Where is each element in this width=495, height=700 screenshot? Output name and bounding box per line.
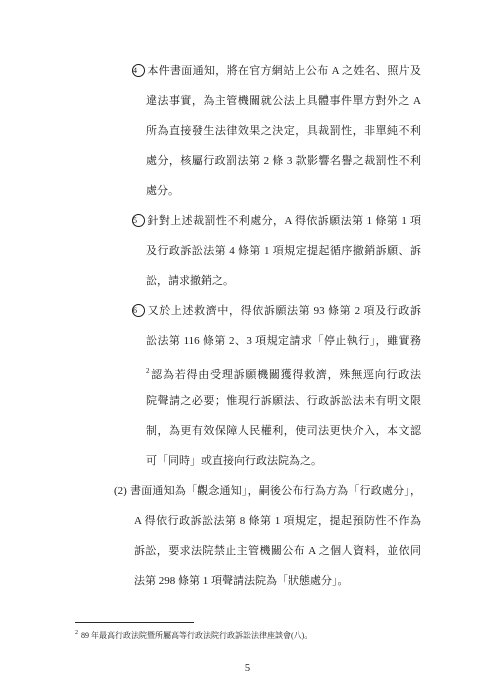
body-line-text: 針對上述裁罰性不利處分，A 得依訴願法第 1 條第 1 項 bbox=[147, 215, 421, 227]
body-line: 及行政訴訟法第 4 條第 1 項規定提起循序撤銷訴願、訴 bbox=[0, 236, 421, 266]
body-line-text: 及行政訴訟法第 4 條第 1 項規定提起循序撤銷訴願、訴 bbox=[146, 245, 421, 257]
body-line-text: 書面通知為「觀念通知」，嗣後公布行為方為「行政處分」， bbox=[130, 485, 421, 497]
document-page: 4本件書面通知，將在官方網站上公布 A 之姓名、照片及違法事實，為主管機關就公法… bbox=[0, 0, 495, 700]
body-line-text: 院聲請之必要；惟現行訴願法、行政訴訟法未有明文限 bbox=[146, 395, 421, 407]
footnote-separator bbox=[75, 622, 194, 623]
footnote-reference: 2 bbox=[146, 367, 150, 375]
body-line: 制，為更有效保障人民權利，使司法更快介入，本文認 bbox=[0, 416, 421, 446]
body-line: 違法事實，為主管機關就公法上具體事件單方對外之 A bbox=[0, 86, 421, 116]
body-line-text: 制，為更有效保障人民權利，使司法更快介入，本文認 bbox=[146, 425, 421, 437]
body-line-text: 可「同時」或直接向行政法院為之。 bbox=[146, 455, 322, 467]
body-line-text: 認為若得由受理訴願機關獲得救濟，殊無逕向行政法 bbox=[151, 369, 422, 381]
circled-number-marker: 4 bbox=[132, 64, 145, 77]
document-body: 4本件書面通知，將在官方網站上公布 A 之姓名、照片及違法事實，為主管機關就公法… bbox=[0, 56, 495, 596]
body-line: 訟法第 116 條第 2、3 項規定請求「停止執行」，雖實務 bbox=[0, 326, 421, 356]
footnote-number: 2 bbox=[75, 630, 78, 636]
body-line-text: 訴訟，要求法院禁止主管機關公布 A 之個人資料，並依同 bbox=[134, 545, 421, 557]
footnote-text: 89 年最高行政法院暨所屬高等行政法院行政訴訟法律座談會(八)。 bbox=[81, 631, 312, 640]
body-line-text: 訟法第 116 條第 2、3 項規定請求「停止執行」，雖實務 bbox=[146, 335, 421, 347]
body-line: 4本件書面通知，將在官方網站上公布 A 之姓名、照片及 bbox=[0, 56, 421, 86]
body-line-text: 本件書面通知，將在官方網站上公布 A 之姓名、照片及 bbox=[147, 65, 421, 77]
body-line-text: 訟，請求撤銷之。 bbox=[146, 275, 234, 287]
body-line-text: A 得依行政訴訟法第 8 條第 1 項規定，提起預防性不作為 bbox=[134, 515, 421, 527]
body-line-text: 處分，核屬行政罰法第 2 條 3 款影響名譽之裁罰性不利 bbox=[146, 155, 421, 167]
circled-number-marker: 5 bbox=[132, 214, 145, 227]
body-line: 2認為若得由受理訴願機關獲得救濟，殊無逕向行政法 bbox=[0, 356, 421, 386]
body-line-text: 又於上述救濟中，得依訴願法第 93 條第 2 項及行政訴 bbox=[147, 305, 421, 317]
body-line: 所為直接發生法律效果之決定，具裁罰性，非單純不利 bbox=[0, 116, 421, 146]
body-line: 處分。 bbox=[0, 176, 421, 206]
body-line: 訴訟，要求法院禁止主管機關公布 A 之個人資料，並依同 bbox=[0, 536, 421, 566]
body-line: 6又於上述救濟中，得依訴願法第 93 條第 2 項及行政訴 bbox=[0, 296, 421, 326]
body-line-text: 處分。 bbox=[146, 185, 179, 197]
list-item-marker: (2) bbox=[114, 485, 127, 497]
body-line-text: 所為直接發生法律效果之決定，具裁罰性，非單純不利 bbox=[146, 125, 421, 137]
body-line: 院聲請之必要；惟現行訴願法、行政訴訟法未有明文限 bbox=[0, 386, 421, 416]
body-line: 5針對上述裁罰性不利處分，A 得依訴願法第 1 條第 1 項 bbox=[0, 206, 421, 236]
circled-number-marker: 6 bbox=[132, 304, 145, 317]
body-line-text: 法第 298 條第 1 項聲請法院為「狀態處分」。 bbox=[134, 575, 349, 587]
footnote: 289 年最高行政法院暨所屬高等行政法院行政訴訟法律座談會(八)。 bbox=[75, 627, 455, 642]
body-line-text: 違法事實，為主管機關就公法上具體事件單方對外之 A bbox=[146, 95, 421, 107]
body-line: 處分，核屬行政罰法第 2 條 3 款影響名譽之裁罰性不利 bbox=[0, 146, 421, 176]
body-line: 可「同時」或直接向行政法院為之。 bbox=[0, 446, 421, 476]
body-line: 法第 298 條第 1 項聲請法院為「狀態處分」。 bbox=[0, 566, 421, 596]
body-line: A 得依行政訴訟法第 8 條第 1 項規定，提起預防性不作為 bbox=[0, 506, 421, 536]
body-line: (2)書面通知為「觀念通知」，嗣後公布行為方為「行政處分」， bbox=[0, 476, 421, 506]
body-line: 訟，請求撤銷之。 bbox=[0, 266, 421, 296]
page-number: 5 bbox=[0, 663, 495, 674]
